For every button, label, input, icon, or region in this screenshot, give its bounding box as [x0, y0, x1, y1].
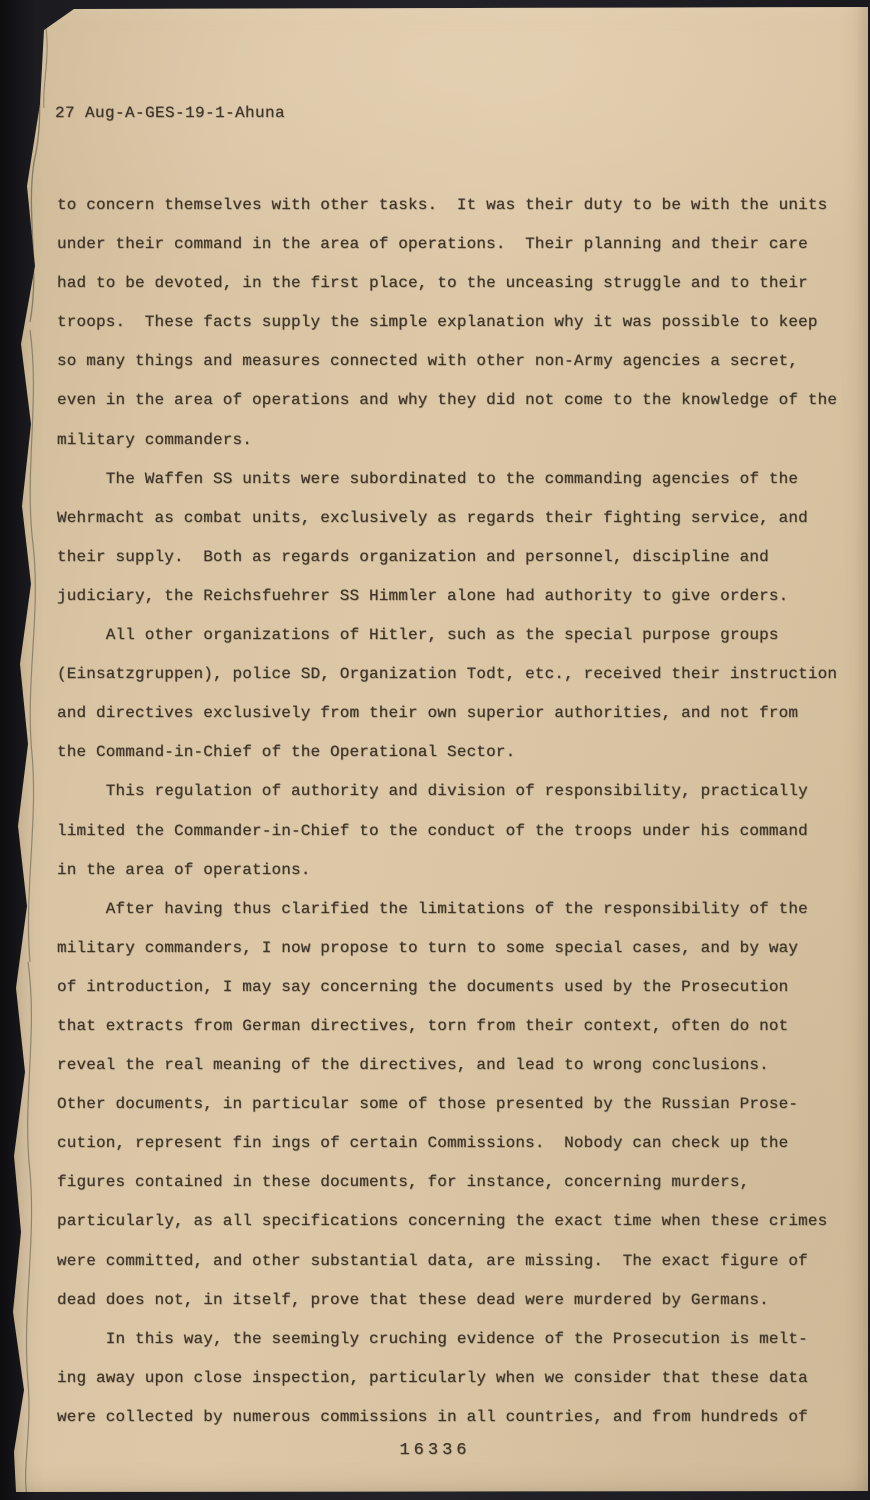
- text-line: under their command in the area of opera…: [57, 225, 857, 264]
- text-line: This regulation of authority and divisio…: [57, 772, 857, 811]
- text-line: All other organizations of Hitler, such …: [57, 616, 857, 655]
- text-line: had to be devoted, in the first place, t…: [57, 264, 857, 303]
- text-line: particularly, as all specifications conc…: [57, 1202, 857, 1241]
- text-line: their supply. Both as regards organizati…: [57, 538, 857, 577]
- text-line: judiciary, the Reichsfuehrer SS Himmler …: [57, 577, 857, 616]
- typewritten-lines: to concern themselves with other tasks. …: [57, 186, 857, 1437]
- text-line: dead does not, in itself, prove that the…: [57, 1281, 857, 1320]
- text-line: of introduction, I may say concerning th…: [57, 968, 857, 1007]
- text-line: were collected by numerous commissions i…: [57, 1398, 857, 1437]
- document-page: 27 Aug-A-GES-19-1-Ahuna to concern thems…: [0, 0, 870, 1500]
- text-line: the Command-in-Chief of the Operational …: [57, 733, 857, 772]
- text-line: The Waffen SS units were subordinated to…: [57, 460, 857, 499]
- text-line: and directives exclusively from their ow…: [57, 694, 857, 733]
- text-line: military commanders, I now propose to tu…: [57, 929, 857, 968]
- text-line: that extracts from German directives, to…: [57, 1007, 857, 1046]
- text-line: cution, represent fin ings of certain Co…: [57, 1124, 857, 1163]
- text-line: limited the Commander-in-Chief to the co…: [57, 812, 857, 851]
- text-line: military commanders.: [57, 421, 857, 460]
- text-line: Wehrmacht as combat units, exclusively a…: [57, 499, 857, 538]
- text-line: so many things and measures connected wi…: [57, 342, 857, 381]
- text-line: (Einsatzgruppen), police SD, Organizatio…: [57, 655, 857, 694]
- text-line: figures contained in these documents, fo…: [57, 1163, 857, 1202]
- text-line: ing away upon close inspection, particul…: [57, 1359, 857, 1398]
- text-line: reveal the real meaning of the directive…: [57, 1046, 857, 1085]
- text-line: Other documents, in particular some of t…: [57, 1085, 857, 1124]
- text-line: were committed, and other substantial da…: [57, 1242, 857, 1281]
- text-line: even in the area of operations and why t…: [57, 381, 857, 420]
- text-line: troops. These facts supply the simple ex…: [57, 303, 857, 342]
- text-line: in the area of operations.: [57, 851, 857, 890]
- text-line: In this way, the seemingly cruching evid…: [57, 1320, 857, 1359]
- page-number: 16336: [0, 1441, 870, 1460]
- text-line: to concern themselves with other tasks. …: [57, 186, 857, 225]
- text-line: After having thus clarified the limitati…: [57, 890, 857, 929]
- scan-background: 27 Aug-A-GES-19-1-Ahuna to concern thems…: [0, 0, 870, 1500]
- document-reference-header: 27 Aug-A-GES-19-1-Ahuna: [55, 104, 285, 122]
